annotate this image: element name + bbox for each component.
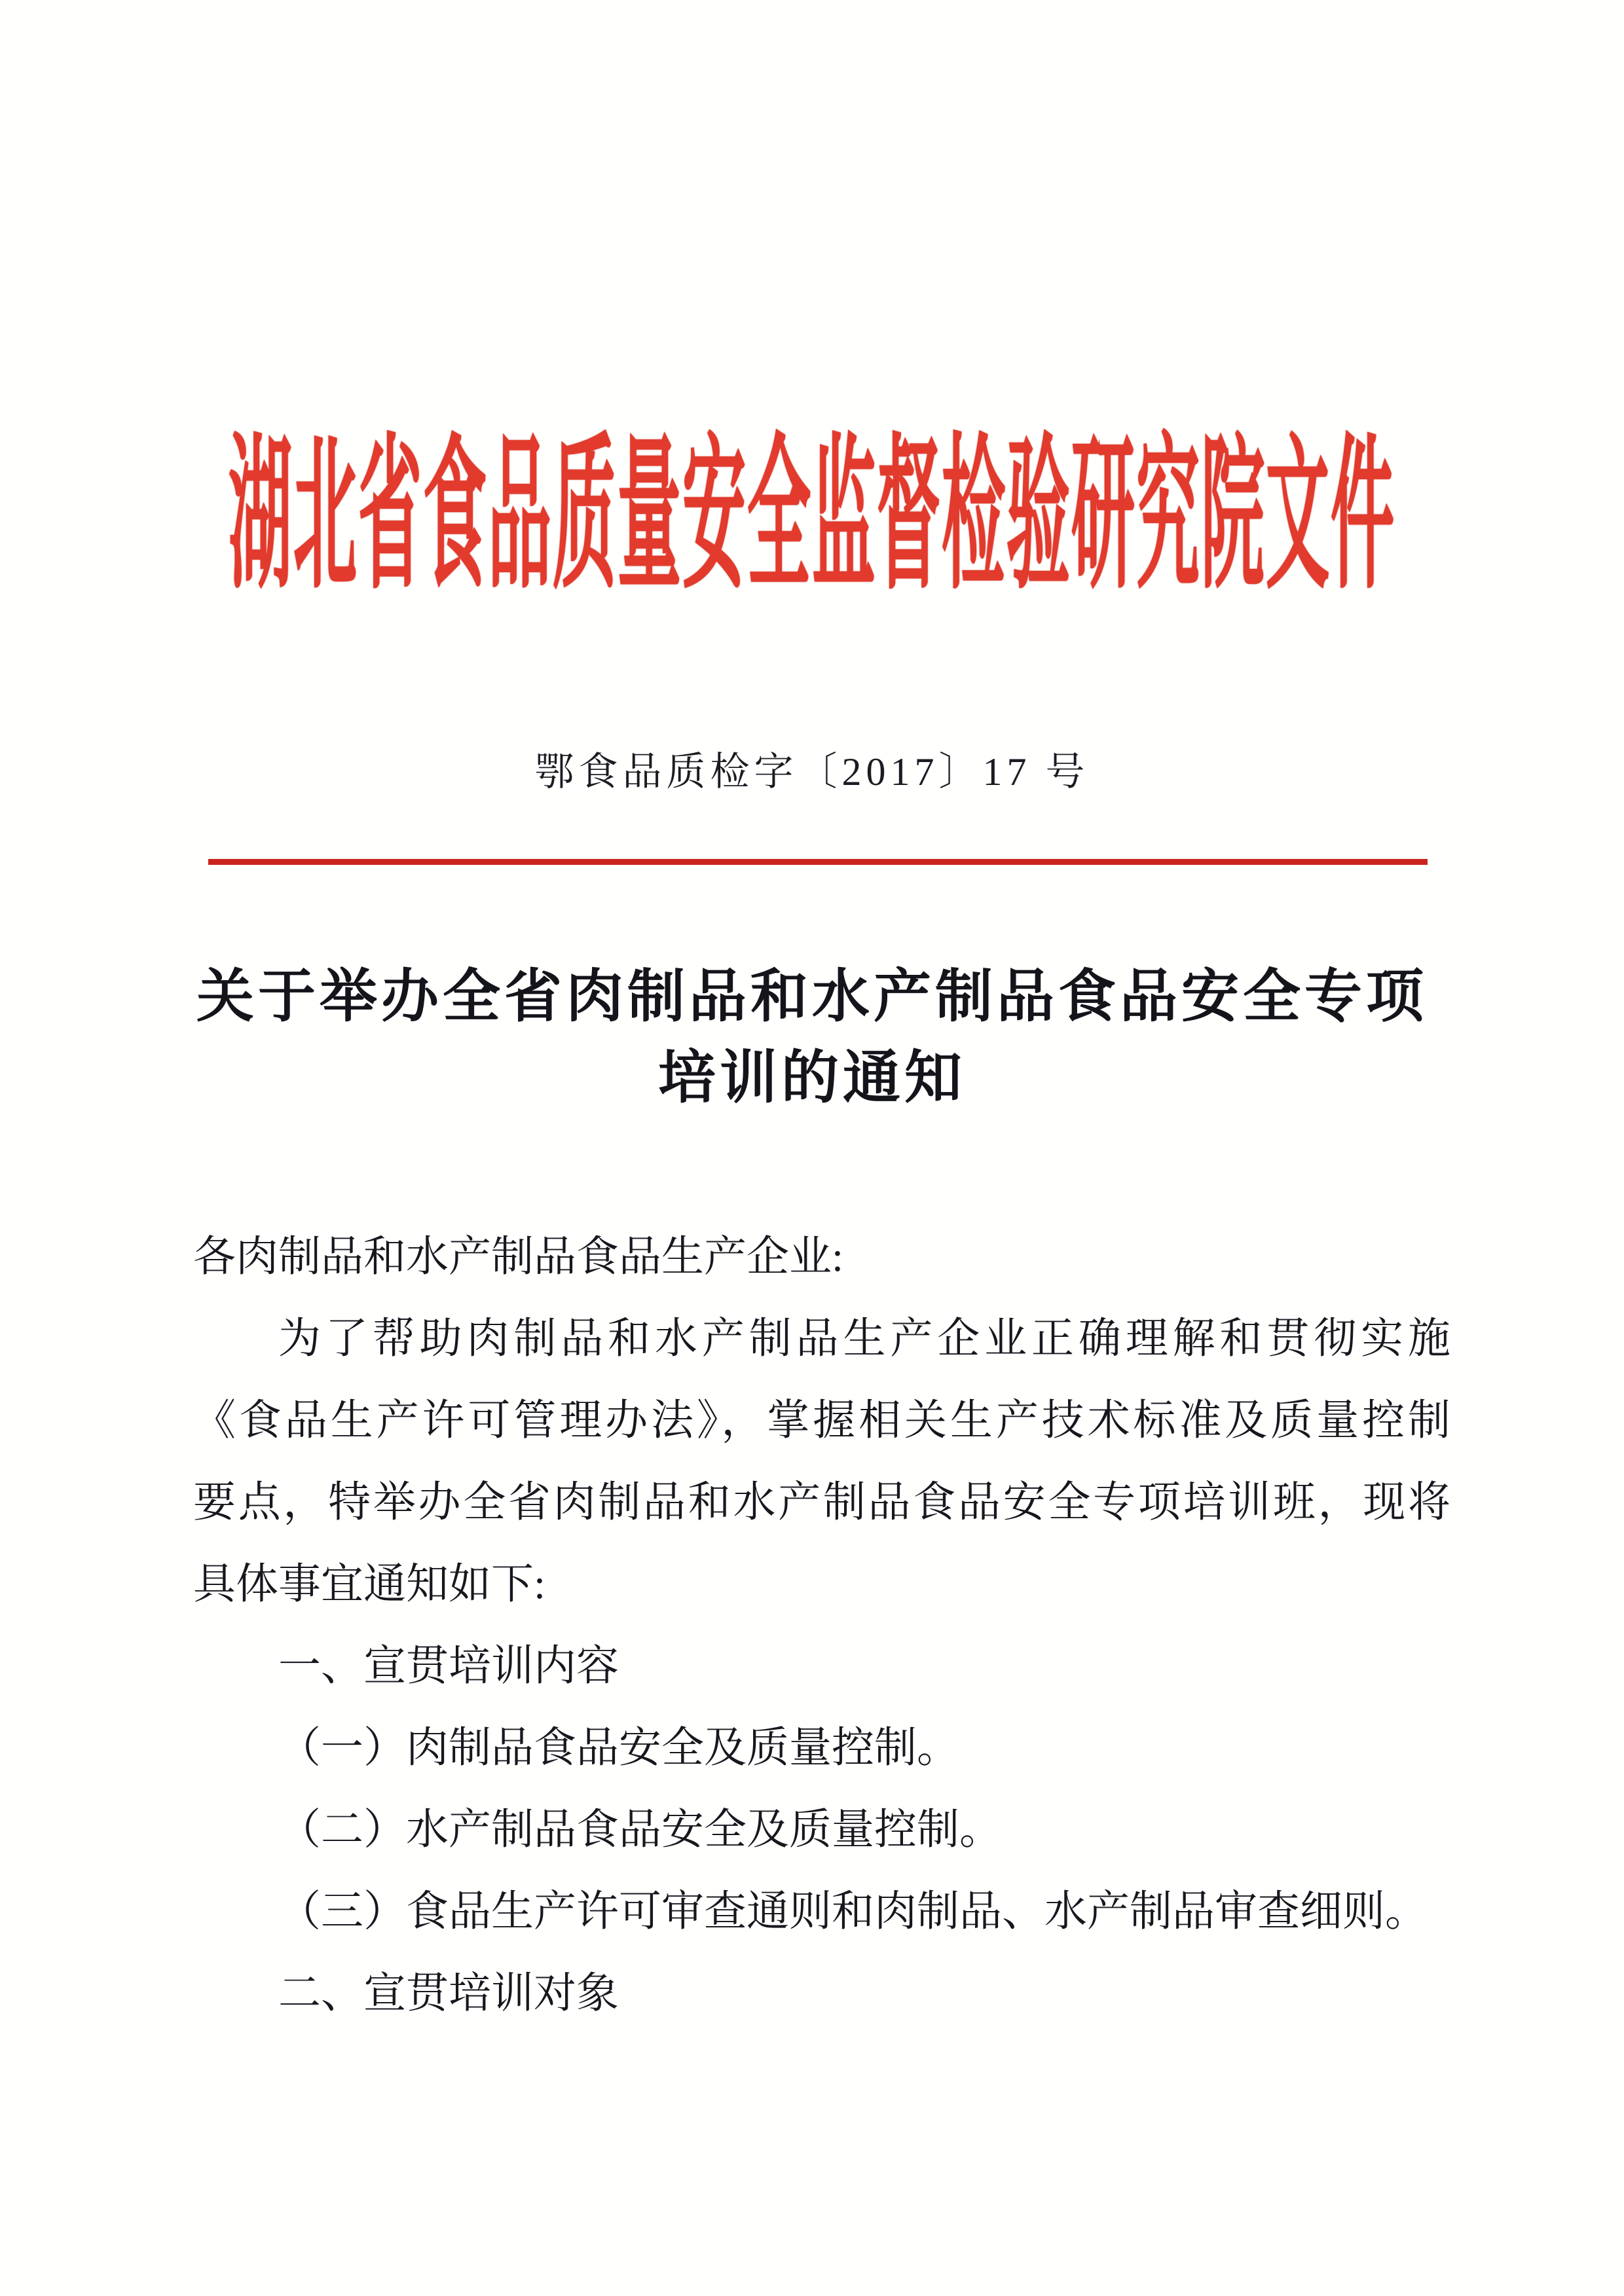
document-number: 鄂食品质检字〔2017〕17 号 <box>0 750 1624 793</box>
paragraph-line: 具体事宜通知如下: <box>193 1544 1450 1626</box>
paragraph-line: 为了帮助肉制品和水产制品生产企业正确理解和贯彻实施 <box>193 1298 1450 1380</box>
salutation-line: 各肉制品和水产制品食品生产企业: <box>193 1216 1450 1298</box>
red-divider-line <box>208 859 1428 865</box>
document-title-line-1: 关于举办全省肉制品和水产制品食品安全专项 <box>0 957 1624 1038</box>
section-heading-two: 二、宣贯培训对象 <box>193 1953 1450 2035</box>
document-title-line-2: 培训的通知 <box>0 1038 1624 1120</box>
document-body: 各肉制品和水产制品食品生产企业: 为了帮助肉制品和水产制品生产企业正确理解和贯彻… <box>193 1216 1450 2035</box>
list-item-1: （一）肉制品食品安全及质量控制。 <box>193 1707 1450 1789</box>
paragraph-line: 要点，特举办全省肉制品和水产制品食品安全专项培训班，现将 <box>193 1462 1450 1544</box>
list-item-3: （三）食品生产许可审查通则和肉制品、水产制品审查细则。 <box>193 1871 1450 1953</box>
list-item-2: （二）水产制品食品安全及质量控制。 <box>193 1789 1450 1871</box>
section-heading-one: 一、宣贯培训内容 <box>193 1626 1450 1707</box>
document-page: 湖北省食品质量安全监督检验研究院文件 鄂食品质检字〔2017〕17 号 关于举办… <box>0 0 1624 2296</box>
document-title: 关于举办全省肉制品和水产制品食品安全专项 培训的通知 <box>0 957 1624 1120</box>
letterhead-org-title: 湖北省食品质量安全监督检验研究院文件 <box>0 433 1624 600</box>
paragraph-line: 《食品生产许可管理办法》，掌握相关生产技术标准及质量控制 <box>193 1380 1450 1462</box>
